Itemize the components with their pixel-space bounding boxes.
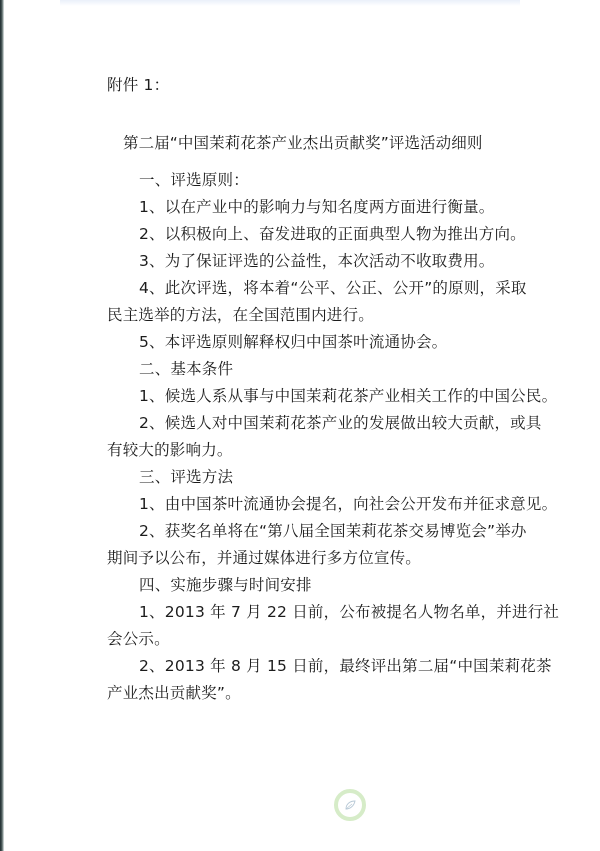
paragraph-line: 1、2013 年 7 月 22 日前，公布被提名人物名单，并进行社 — [139, 602, 559, 622]
paragraph-line: 四、实施步骤与时间安排 — [139, 575, 312, 595]
paragraph-continuation: 期间予以公布，并通过媒体进行多方位宣传。 — [107, 548, 421, 568]
paragraph-line: 2、以积极向上、奋发进取的正面典型人物为推出方向。 — [139, 224, 526, 244]
paragraph-line: 4、此次评选，将本着“公平、公正、公开”的原则，采取 — [139, 278, 527, 298]
paragraph-line: 3、为了保证评选的公益性，本次活动不收取费用。 — [139, 251, 494, 271]
paragraph-line: 1、以在产业中的影响力与知名度两方面进行衡量。 — [139, 197, 494, 217]
paragraph-line: 2、候选人对中国茉莉花茶产业的发展做出较大贡献，或具 — [139, 413, 542, 433]
paragraph-line: 1、候选人系从事与中国茉莉花茶产业相关工作的中国公民。 — [139, 386, 557, 406]
document-title: 第二届“中国茉莉花茶产业杰出贡献奖”评选活动细则 — [123, 133, 482, 153]
paragraph-line: 1、由中国茶叶流通协会提名，向社会公开发布并征求意见。 — [139, 494, 557, 514]
paragraph-line: 二、基本条件 — [139, 359, 233, 379]
document-page: 附件 1： 第二届“中国茉莉花茶产业杰出贡献奖”评选活动细则 一、评选原则：1、… — [0, 0, 600, 851]
tea-leaf-logo-icon — [334, 789, 366, 821]
paragraph-line: 一、评选原则： — [139, 170, 249, 190]
paragraph-continuation: 产业杰出贡献奖”。 — [107, 683, 241, 703]
attachment-label: 附件 1： — [107, 75, 169, 95]
paragraph-line: 三、评选方法 — [139, 467, 233, 487]
paragraph-line: 2、获奖名单将在“第八届全国茉莉花茶交易博览会”举办 — [139, 521, 527, 541]
paragraph-line: 5、本评选原则解释权归中国茶叶流通协会。 — [139, 332, 447, 352]
paragraph-line: 2、2013 年 8 月 15 日前，最终评出第二届“中国茉莉花茶 — [139, 656, 552, 676]
paragraph-continuation: 民主选举的方法，在全国范围内进行。 — [107, 305, 374, 325]
paragraph-continuation: 会公示。 — [107, 629, 170, 649]
paragraph-continuation: 有较大的影响力。 — [107, 440, 233, 460]
